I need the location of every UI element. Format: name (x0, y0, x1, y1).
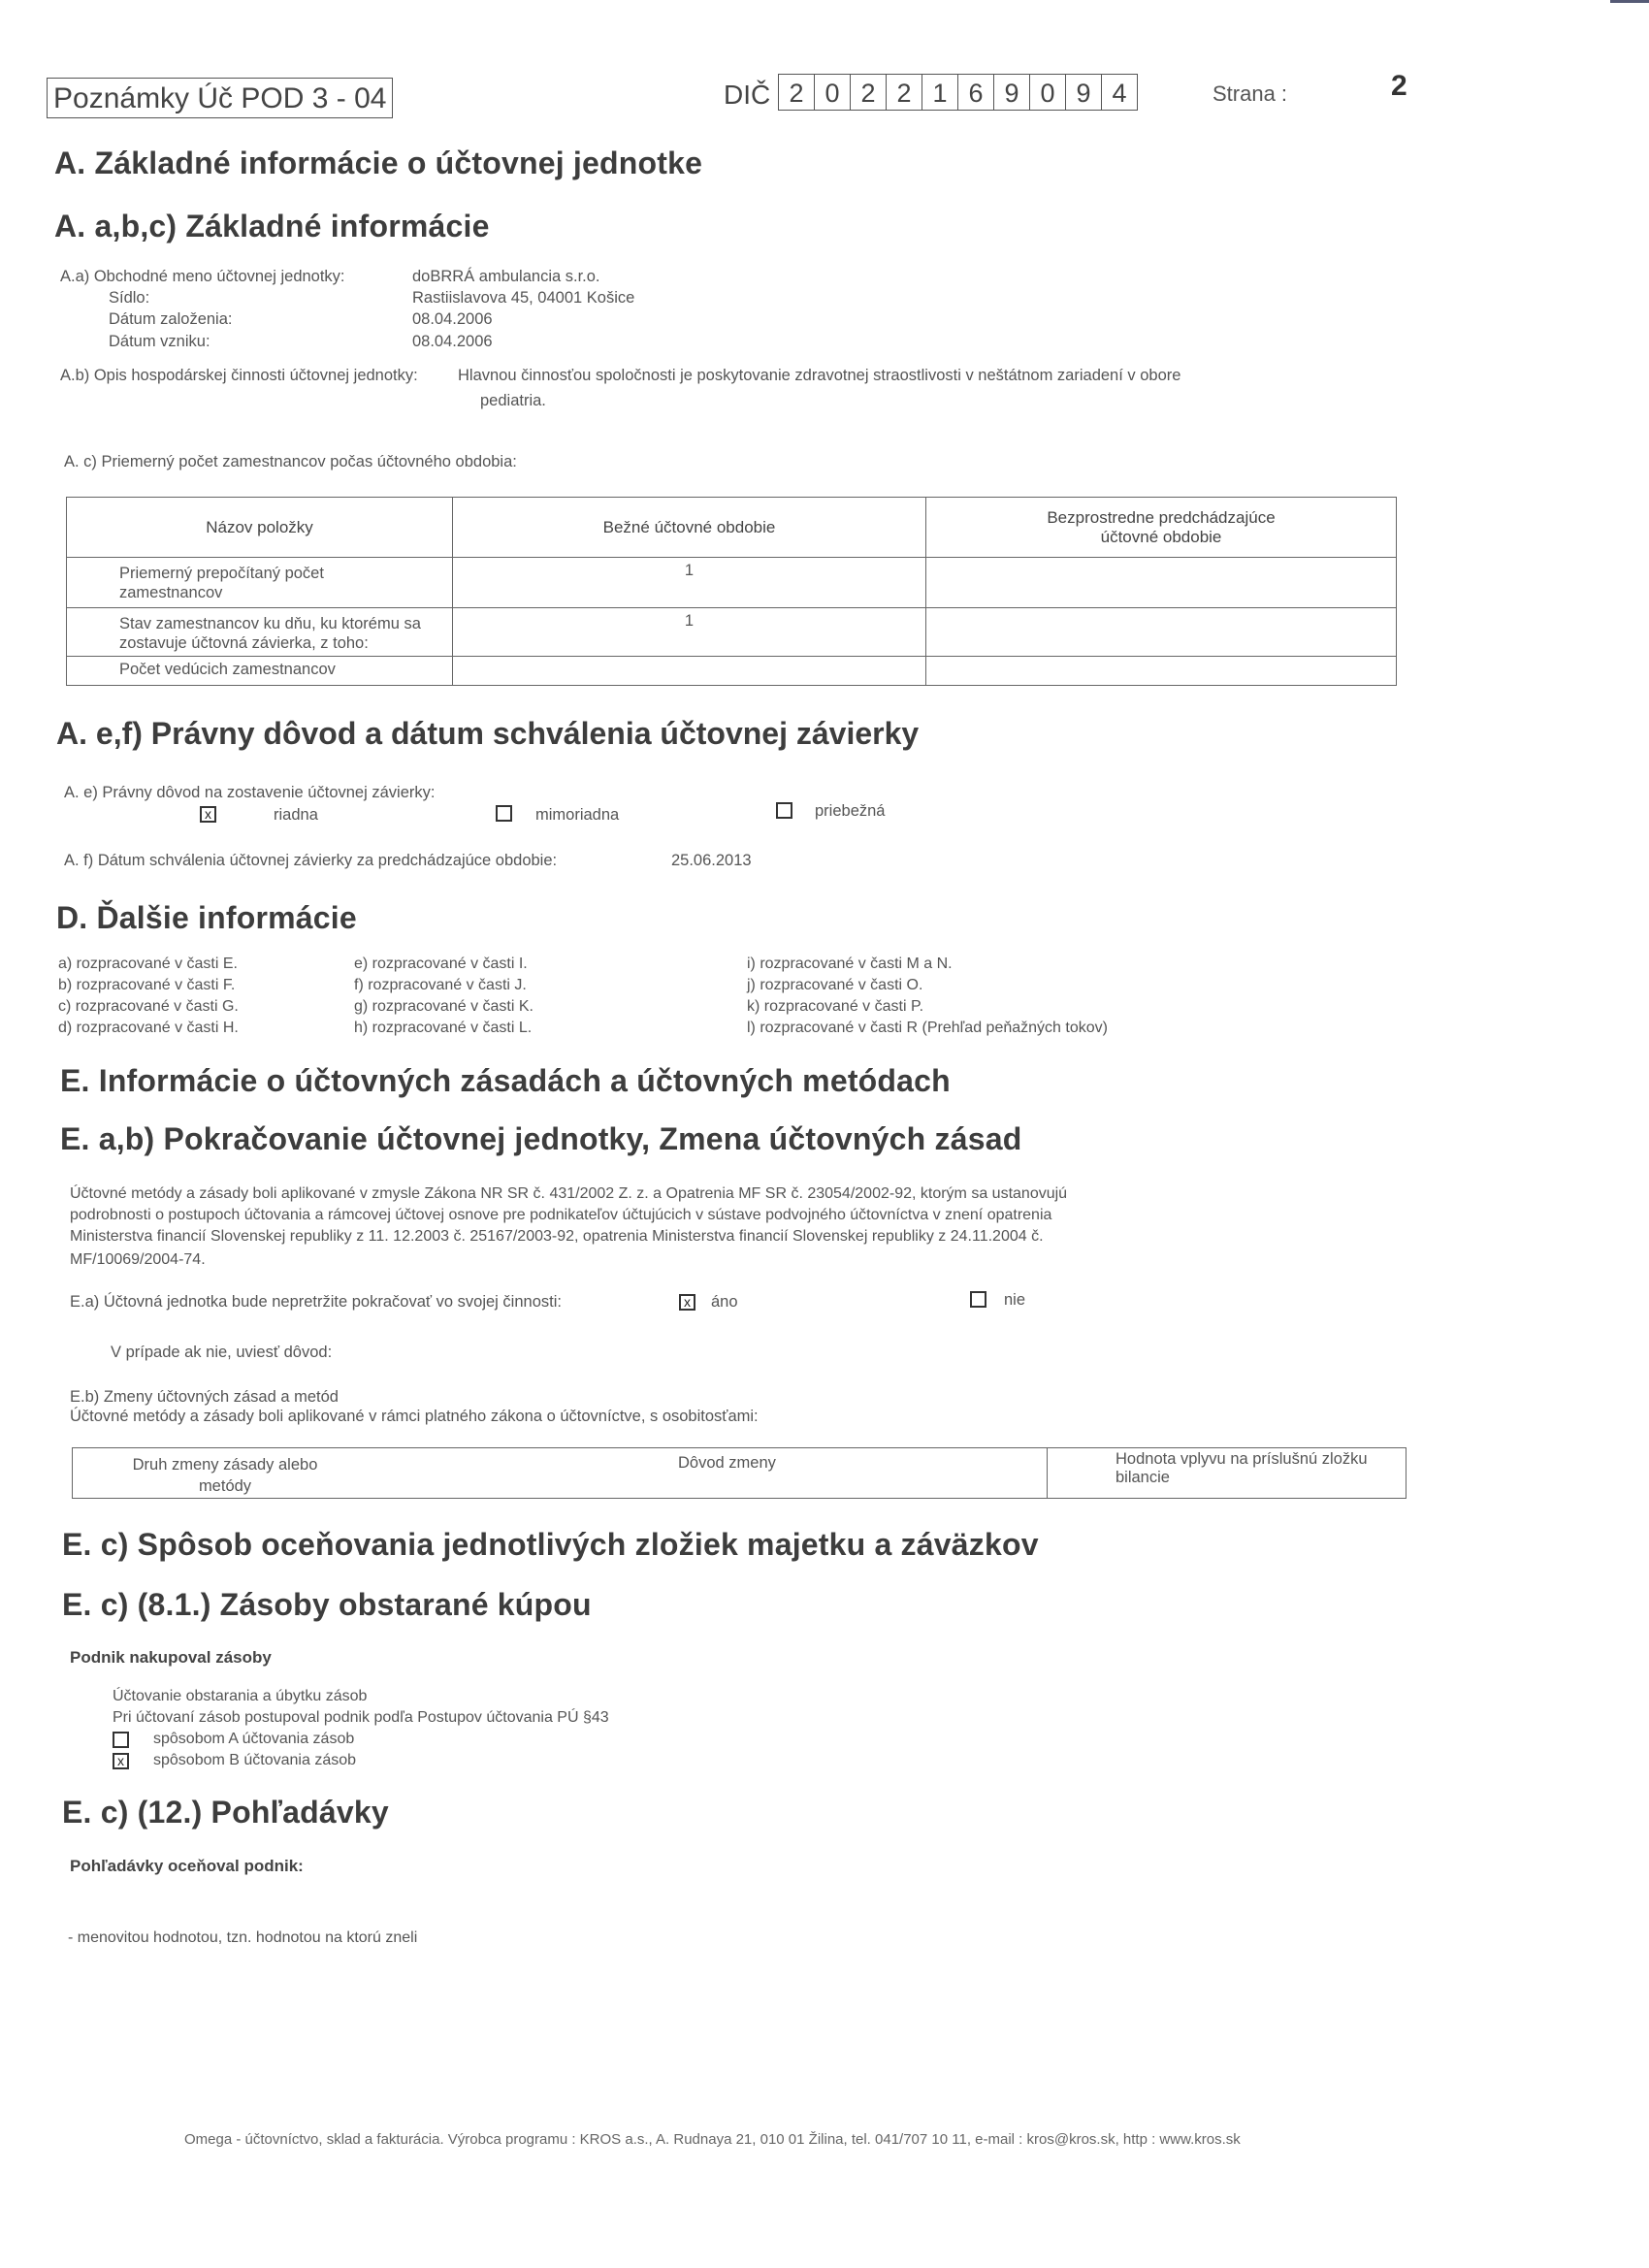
list-item: e) rozpracované v časti I. (354, 956, 528, 973)
option-label-method-b: spôsobom B účtovania zásob (153, 1752, 356, 1769)
table-header-row: Názov položky Bežné účtovné obdobie Bezp… (67, 498, 1397, 558)
inventory-subtitle: Podnik nakupoval zásoby (70, 1648, 272, 1668)
list-item: c) rozpracované v časti G. (58, 998, 239, 1016)
table-cell-previous (926, 657, 1397, 686)
receivables-subtitle: Pohľadávky oceňoval podnik: (70, 1857, 304, 1876)
employees-table: Názov položky Bežné účtovné obdobie Bezp… (66, 497, 1397, 686)
section-ec81-title: E. c) (8.1.) Zásoby obstarané kúpou (62, 1587, 592, 1623)
dic-digit: 2 (887, 75, 922, 110)
table-cell-previous (926, 608, 1397, 657)
check-x-icon: x (205, 806, 211, 822)
inventory-line: Účtovanie obstarania a úbytku zásob (113, 1688, 367, 1705)
approval-date-value: 25.06.2013 (671, 852, 752, 870)
section-d-title: D. Ďalšie informácie (56, 900, 357, 936)
table-header-cell: Názov položky (67, 498, 453, 558)
policy-paragraph-line: Ministerstva financií Slovenskej republi… (70, 1228, 1044, 1246)
checkbox-priebezna[interactable] (776, 802, 792, 819)
continuity-label: E.a) Účtovná jednotka bude nepretržite p… (70, 1293, 562, 1312)
list-item: j) rozpracované v časti O. (747, 977, 922, 994)
section-e-title: E. Informácie o účtovných zásadách a účt… (60, 1063, 951, 1099)
section-aef-title: A. e,f) Právny dôvod a dátum schválenia … (56, 716, 919, 752)
list-item: d) rozpracované v časti H. (58, 1020, 239, 1037)
table-cell-current (453, 657, 926, 686)
list-item: k) rozpracované v časti P. (747, 998, 923, 1016)
option-label-mimoriadna: mimoriadna (535, 806, 619, 825)
section-ec12-title: E. c) (12.) Pohľadávky (62, 1795, 389, 1831)
dic-digit: 0 (815, 75, 851, 110)
origin-date-value: 08.04.2006 (412, 333, 493, 351)
table-header-cell: Bezprostredne predchádzajúce účtovné obd… (926, 498, 1397, 558)
table-row: Stav zamestnancov ku dňu, ku ktorému sa … (67, 608, 1397, 657)
changes-table: Druh zmeny zásady alebo metódy Dôvod zme… (72, 1447, 1406, 1499)
section-ec-title: E. c) Spôsob oceňovania jednotlivých zlo… (62, 1527, 1039, 1563)
checkbox-riadna[interactable]: x (200, 806, 216, 823)
list-item: g) rozpracované v časti K. (354, 998, 533, 1016)
dic-digit: 0 (1030, 75, 1066, 110)
list-item: l) rozpracované v časti R (Prehľad peňaž… (747, 1020, 1108, 1037)
option-label-priebezna: priebežná (815, 802, 885, 821)
dic-digit: 2 (779, 75, 815, 110)
table-header-cell: Bežné účtovné obdobie (453, 498, 926, 558)
founding-date-label: Dátum založenia: (109, 310, 232, 329)
activity-value-line2: pediatria. (480, 392, 546, 410)
policy-paragraph-line: podrobnosti o postupoch účtovania a rámc… (70, 1207, 1051, 1224)
form-identifier: Poznámky Úč POD 3 - 04 (47, 78, 393, 118)
option-label-riadna: riadna (274, 806, 318, 825)
dic-digit: 2 (851, 75, 887, 110)
company-name-label: A.a) Obchodné meno účtovnej jednotky: (60, 268, 345, 286)
option-label-nie: nie (1004, 1291, 1025, 1310)
table-cell-current: 1 (453, 608, 926, 657)
option-label-ano: áno (711, 1293, 738, 1312)
dic-digit: 6 (958, 75, 994, 110)
section-eab-title: E. a,b) Pokračovanie účtovnej jednotky, … (60, 1121, 1021, 1157)
table-row: Priemerný prepočítaný počet zamestnancov… (67, 558, 1397, 608)
table-header-cell: Hodnota vplyvu na príslušnú zložku bilan… (1048, 1448, 1406, 1499)
table-cell-name: Stav zamestnancov ku dňu, ku ktorému sa … (67, 608, 453, 657)
section-a-title: A. Základné informácie o účtovnej jednot… (54, 146, 702, 181)
dic-digit: 9 (994, 75, 1030, 110)
check-x-icon: x (117, 1753, 124, 1768)
seat-label: Sídlo: (109, 289, 149, 308)
option-label-method-a: spôsobom A účtovania zásob (153, 1731, 354, 1748)
table-header-cell: Dôvod zmeny (589, 1448, 1048, 1499)
footer-text: Omega - účtovníctvo, sklad a fakturácia.… (184, 2131, 1241, 2148)
list-item: h) rozpracované v časti L. (354, 1020, 532, 1037)
checkbox-method-b[interactable]: x (113, 1753, 129, 1769)
approval-date-label: A. f) Dátum schválenia účtovnej závierky… (64, 852, 557, 870)
page-label: Strana : (1212, 81, 1287, 107)
table-cell-name: Priemerný prepočítaný počet zamestnancov (67, 558, 453, 608)
checkbox-ano[interactable]: x (679, 1294, 695, 1311)
origin-date-label: Dátum vzniku: (109, 333, 210, 351)
founding-date-value: 08.04.2006 (412, 310, 493, 329)
table-header-text: Druh zmeny zásady alebo metódy (113, 1454, 337, 1497)
checkbox-method-a[interactable] (113, 1732, 129, 1748)
dic-label: DIČ (724, 80, 770, 111)
scan-edge-mark (1610, 0, 1649, 3)
table-header-row: Druh zmeny zásady alebo metódy Dôvod zme… (73, 1448, 1406, 1499)
list-item: i) rozpracované v časti M a N. (747, 956, 953, 973)
table-cell-current: 1 (453, 558, 926, 608)
table-cell-name: Počet vedúcich zamestnancov (67, 657, 453, 686)
inventory-line: Pri účtovaní zásob postupoval podnik pod… (113, 1709, 609, 1727)
policy-paragraph-line: Účtovné metódy a zásady boli aplikované … (70, 1185, 1067, 1203)
employees-label: A. c) Priemerný počet zamestnancov počas… (64, 453, 517, 471)
policy-paragraph-line: MF/10069/2004-74. (70, 1251, 206, 1269)
changes-label: E.b) Zmeny účtovných zásad a metód (70, 1388, 339, 1407)
table-header-cell: Druh zmeny zásady alebo metódy (73, 1448, 590, 1499)
list-item: a) rozpracované v časti E. (58, 956, 238, 973)
receivables-text: - menovitou hodnotou, tzn. hodnotou na k… (68, 1929, 417, 1947)
checkbox-nie[interactable] (970, 1291, 986, 1308)
activity-value-line1: Hlavnou činnosťou spoločnosti je poskyto… (458, 367, 1180, 385)
reason-if-no-label: V prípade ak nie, uviesť dôvod: (111, 1344, 332, 1362)
table-row: Počet vedúcich zamestnancov (67, 657, 1397, 686)
section-a-subtitle: A. a,b,c) Základné informácie (54, 209, 490, 244)
dic-digit: 1 (922, 75, 958, 110)
activity-label: A.b) Opis hospodárskej činnosti účtovnej… (60, 367, 418, 385)
dic-digit: 9 (1066, 75, 1102, 110)
list-item: f) rozpracované v časti J. (354, 977, 527, 994)
table-cell-previous (926, 558, 1397, 608)
changes-text: Účtovné metódy a zásady boli aplikované … (70, 1408, 759, 1426)
check-x-icon: x (684, 1294, 691, 1310)
legal-reason-label: A. e) Právny dôvod na zostavenie účtovne… (64, 784, 435, 802)
dic-number-boxes: 2 0 2 2 1 6 9 0 9 4 (778, 74, 1138, 111)
list-item: b) rozpracované v časti F. (58, 977, 235, 994)
page-number: 2 (1391, 70, 1407, 103)
company-name-value: doBRRÁ ambulancia s.r.o. (412, 268, 600, 286)
seat-value: Rastiislavova 45, 04001 Košice (412, 289, 634, 308)
dic-digit: 4 (1102, 75, 1137, 110)
checkbox-mimoriadna[interactable] (496, 805, 512, 822)
